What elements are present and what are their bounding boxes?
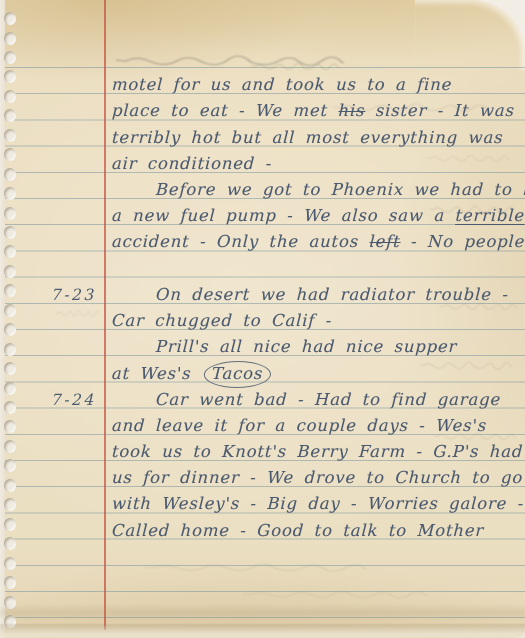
handwriting-line: Car chugged to Calif - xyxy=(111,309,332,333)
handwriting-segment: a new fuel pump - We also saw a xyxy=(112,206,457,225)
punch-hole xyxy=(4,51,16,64)
handwriting-line: a new fuel pump - We also saw a terrible xyxy=(111,204,525,228)
entry-date: 7-24 xyxy=(51,388,97,412)
handwriting-line: Called home - Good to talk to Mother xyxy=(111,519,484,543)
punch-hole xyxy=(4,537,16,550)
handwriting-line: accident - Only the autos left - No peop… xyxy=(111,230,525,254)
punch-hole xyxy=(4,401,16,414)
handwriting-segment: Called home - Good to talk to Mother xyxy=(112,521,485,540)
punch-hole xyxy=(4,90,16,103)
handwriting-segment: at Wes's xyxy=(111,364,202,383)
diary-photo: motel for us and took us to a fineplace … xyxy=(0,0,525,638)
handwriting-line: Car went bad - Had to find garage xyxy=(155,388,501,412)
handwriting-segment: terrible xyxy=(455,206,525,225)
punch-hole xyxy=(4,479,16,492)
handwriting-segment: Before we got to Phoenix we had to buy xyxy=(156,180,525,199)
handwriting-segment: place to eat - We met xyxy=(112,101,340,120)
page-bottom-edge xyxy=(0,624,525,638)
handwriting-line: with Wesley's - Big day - Worries galore… xyxy=(111,492,524,516)
punch-hole xyxy=(4,557,16,570)
page-crease xyxy=(0,604,525,620)
handwriting-segment: his xyxy=(338,101,366,120)
handwriting-segment: with Wesley's - Big day - Worries galore… xyxy=(112,494,525,513)
handwriting-segment: accident - Only the autos xyxy=(112,232,371,251)
punch-hole xyxy=(4,265,16,278)
punch-hole xyxy=(4,168,16,181)
punch-hole xyxy=(4,129,16,142)
punch-hole xyxy=(4,304,16,317)
handwriting-line: place to eat - We met his sister - It wa… xyxy=(111,99,515,123)
punch-hole xyxy=(4,518,16,531)
punch-hole xyxy=(4,207,16,220)
handwriting-line: terribly hot but all most everything was xyxy=(111,126,504,150)
punch-hole xyxy=(4,32,16,45)
handwriting-segment: left xyxy=(369,232,401,251)
entry-date: 7-23 xyxy=(51,283,97,307)
punch-hole xyxy=(4,343,16,356)
punch-hole xyxy=(4,226,16,239)
handwriting-segment: us for dinner - We drove to Church to go xyxy=(112,468,524,487)
handwriting-line: at Wes's Tacos xyxy=(111,361,271,385)
handwriting-segment: air conditioned - xyxy=(112,154,273,173)
punch-hole xyxy=(4,187,16,200)
handwriting-line: motel for us and took us to a fine xyxy=(111,73,452,97)
handwriting-segment: On desert we had radiator trouble - xyxy=(156,285,510,304)
handwriting-segment: - No people xyxy=(400,232,525,251)
handwriting-segment: terribly hot but all most everything was xyxy=(112,128,504,147)
handwriting-segment: and leave it for a couple days - Wes's xyxy=(112,416,488,435)
handwriting-segment: Prill's all nice had nice supper xyxy=(156,337,458,356)
handwriting-line: Prill's all nice had nice supper xyxy=(155,335,458,359)
handwriting-segment: Car went bad - Had to find garage xyxy=(156,390,502,409)
handwriting-line: and leave it for a couple days - Wes's xyxy=(111,414,487,438)
handwriting-segment: Car chugged to Calif - xyxy=(112,311,333,330)
handwriting-line: us for dinner - We drove to Church to go xyxy=(111,466,523,490)
handwriting-line: air conditioned - xyxy=(111,152,272,176)
handwriting-line: On desert we had radiator trouble - xyxy=(155,283,509,307)
punch-hole xyxy=(4,576,16,589)
punch-hole xyxy=(4,440,16,453)
handwriting-segment: motel for us and took us to a fine xyxy=(112,75,453,94)
handwriting-line: Before we got to Phoenix we had to buy xyxy=(155,178,525,202)
handwriting-line: took us to Knott's Berry Farm - G.P's ha… xyxy=(111,440,524,464)
punch-hole xyxy=(4,362,16,375)
punch-hole xyxy=(4,382,16,395)
handwriting-segment: took us to Knott's Berry Farm - G.P's ha… xyxy=(112,442,524,461)
handwriting-segment: Tacos xyxy=(203,361,272,388)
handwriting-segment: sister - It was xyxy=(365,101,515,120)
margin-line xyxy=(104,0,106,630)
punch-hole xyxy=(4,12,16,25)
